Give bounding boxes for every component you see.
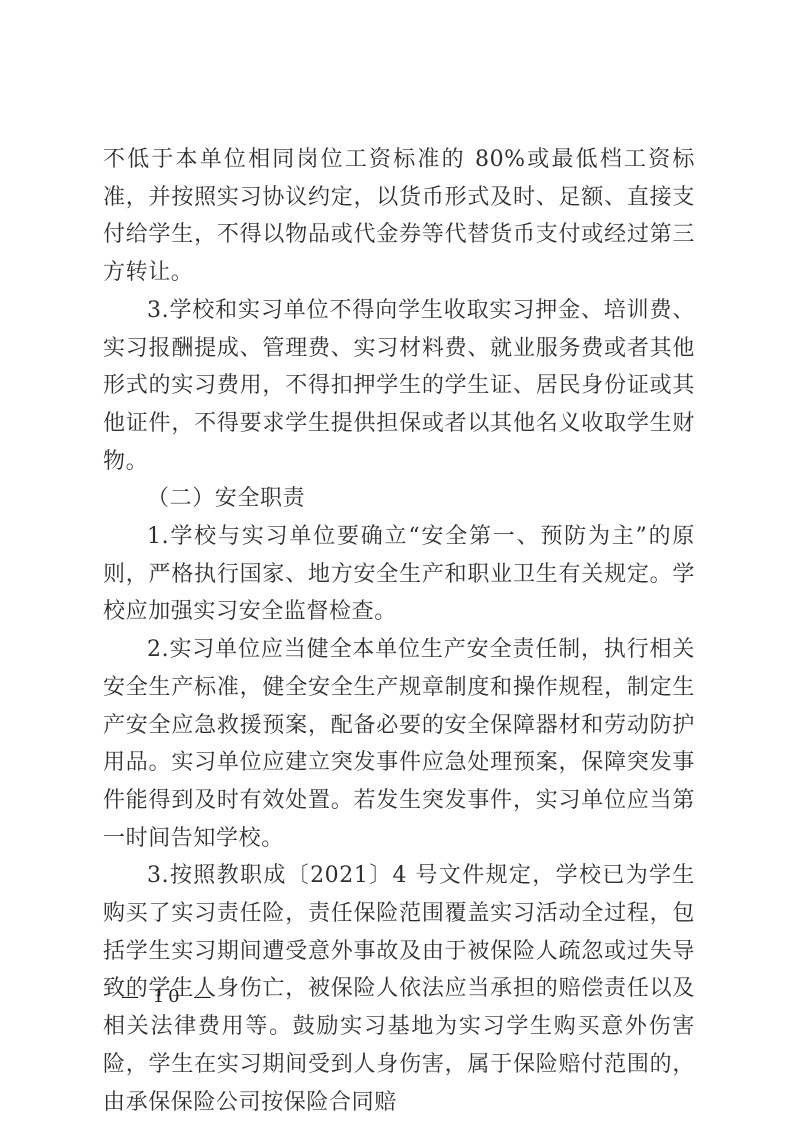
body-text: 不低于本单位相同岗位工资标准的 80%或最低档工资标准，并按照实习协议约定，以货… [103, 141, 695, 1121]
paragraph: 3.学校和实习单位不得向学生收取实习押金、培训费、实习报酬提成、管理费、实习材料… [103, 292, 695, 481]
page-number-footer: — 10 — [121, 986, 215, 1007]
section-heading: （二）安全职责 [103, 480, 695, 518]
paragraph: 1.学校与实习单位要确立“安全第一、预防为主”的原则，严格执行国家、地方安全生产… [103, 518, 695, 631]
paragraph: 2.实习单位应当健全本单位生产安全责任制，执行相关安全生产标准，健全安全生产规章… [103, 631, 695, 857]
paragraph-continuation: 不低于本单位相同岗位工资标准的 80%或最低档工资标准，并按照实习协议约定，以货… [103, 141, 695, 292]
document-page: 不低于本单位相同岗位工资标准的 80%或最低档工资标准，并按照实习协议约定，以货… [0, 0, 794, 1123]
